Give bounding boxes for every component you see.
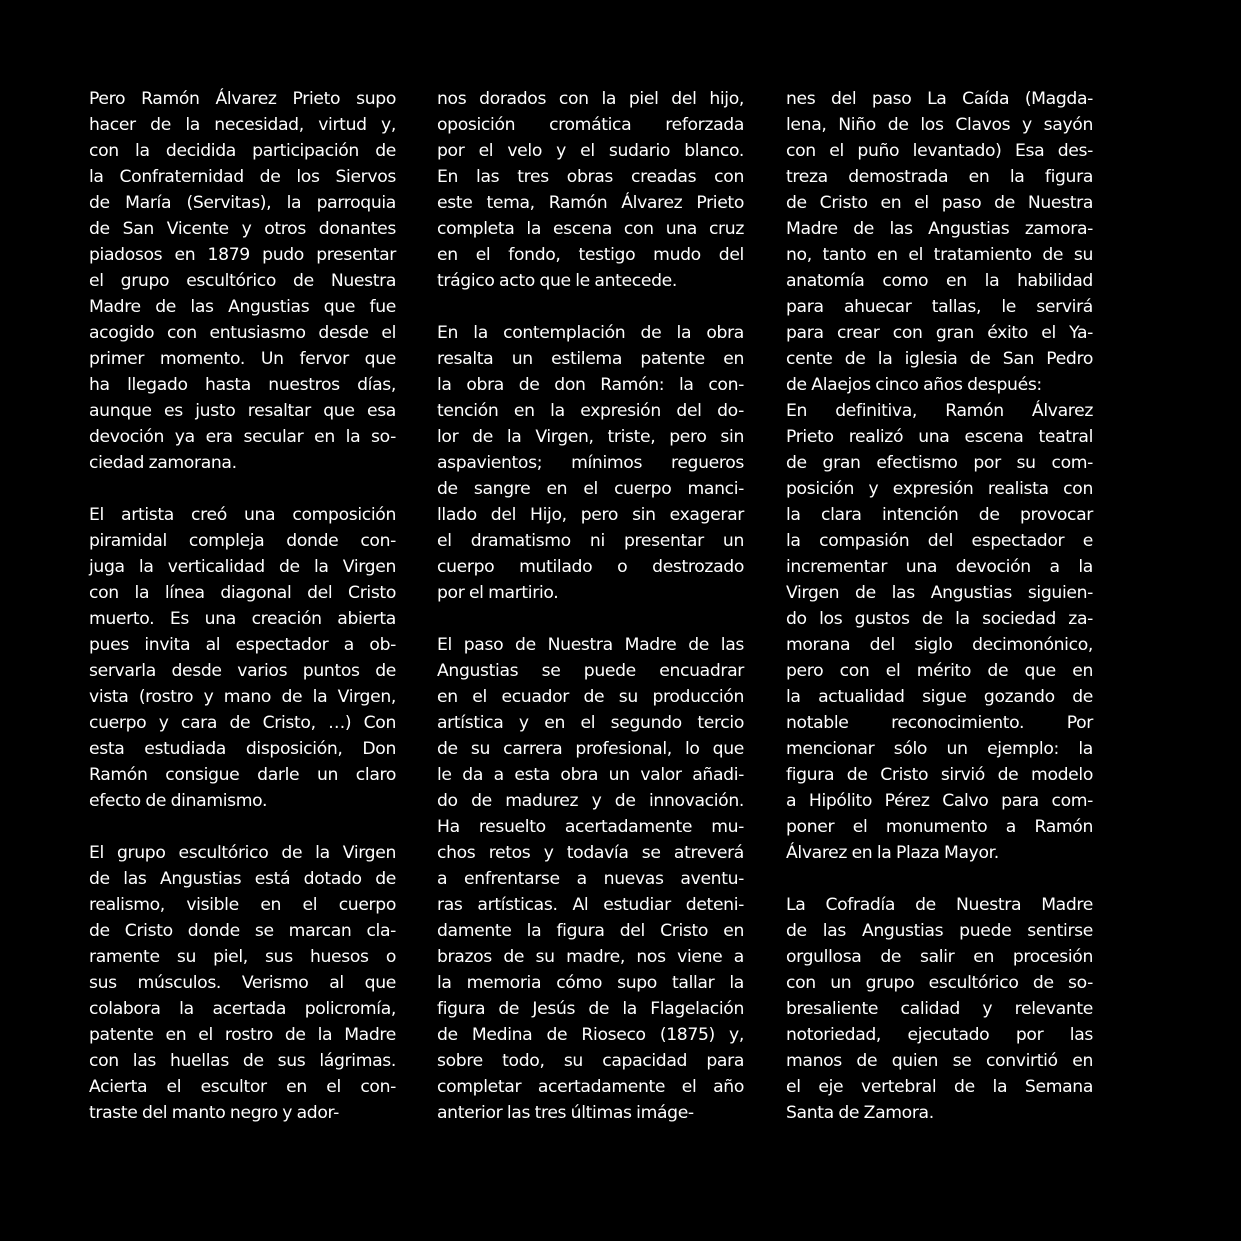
text-line: piadosos en 1879 pudo presentar	[89, 242, 396, 268]
text-line: cuerpo mutilado o destrozado	[437, 554, 744, 580]
text-line: notable reconocimiento. Por	[786, 710, 1093, 736]
paragraph: En la contemplación de la obraresalta un…	[437, 320, 744, 606]
text-line: con el puño levantado) Esa des-	[786, 138, 1093, 164]
text-line: vista (rostro y mano de la Virgen,	[89, 684, 396, 710]
text-line: En las tres obras creadas con	[437, 164, 744, 190]
text-line: damente la figura del Cristo en	[437, 918, 744, 944]
text-line: Ramón consigue darle un claro	[89, 762, 396, 788]
text-line: Álvarez en la Plaza Mayor.	[786, 840, 1093, 866]
text-line: do de madurez y de innovación.	[437, 788, 744, 814]
text-line: piramidal compleja donde con-	[89, 528, 396, 554]
text-line: nes del paso La Caída (Magda-	[786, 86, 1093, 112]
text-line: sobre todo, su capacidad para	[437, 1048, 744, 1074]
text-line: Angustias se puede encuadrar	[437, 658, 744, 684]
text-line: no, tanto en el tratamiento de su	[786, 242, 1093, 268]
text-line: el eje vertebral de la Semana	[786, 1074, 1093, 1100]
text-line: orgullosa de salir en procesión	[786, 944, 1093, 970]
text-line: bresaliente calidad y relevante	[786, 996, 1093, 1022]
text-line: mencionar sólo un ejemplo: la	[786, 736, 1093, 762]
text-line: completar acertadamente el año	[437, 1074, 744, 1100]
text-line: Ha resuelto acertadamente mu-	[437, 814, 744, 840]
paragraph-gap	[437, 606, 744, 632]
text-line: hacer de la necesidad, virtud y,	[89, 112, 396, 138]
text-line: treza demostrada en la figura	[786, 164, 1093, 190]
text-line: El artista creó una composición	[89, 502, 396, 528]
text-line: Acierta el escultor en el con-	[89, 1074, 396, 1100]
paragraph: El paso de Nuestra Madre de lasAngustias…	[437, 632, 744, 1126]
text-line: esta estudiada disposición, Don	[89, 736, 396, 762]
text-line: figura de Jesús de la Flagelación	[437, 996, 744, 1022]
text-line: ciedad zamorana.	[89, 450, 396, 476]
text-line: muerto. Es una creación abierta	[89, 606, 396, 632]
text-line: notoriedad, ejecutado por las	[786, 1022, 1093, 1048]
text-line: primer momento. Un fervor que	[89, 346, 396, 372]
document-page: Pero Ramón Álvarez Prieto supohacer de l…	[0, 0, 1241, 1241]
text-line: realismo, visible en el cuerpo	[89, 892, 396, 918]
text-line: le da a esta obra un valor añadi-	[437, 762, 744, 788]
text-line: cuerpo y cara de Cristo, …) Con	[89, 710, 396, 736]
paragraph: El grupo escultórico de la Virgende las …	[89, 840, 396, 1126]
text-line: posición y expresión realista con	[786, 476, 1093, 502]
text-line: anatomía como en la habilidad	[786, 268, 1093, 294]
text-line: el dramatismo ni presentar un	[437, 528, 744, 554]
text-line: juga la verticalidad de la Virgen	[89, 554, 396, 580]
text-line: con la decidida participación de	[89, 138, 396, 164]
text-line: por el velo y el sudario blanco.	[437, 138, 744, 164]
text-line: de las Angustias puede sentirse	[786, 918, 1093, 944]
text-line: chos retos y todavía se atreverá	[437, 840, 744, 866]
text-line: la actualidad sigue gozando de	[786, 684, 1093, 710]
text-line: de las Angustias está dotado de	[89, 866, 396, 892]
text-line: lena, Niño de los Clavos y sayón	[786, 112, 1093, 138]
text-line: poner el monumento a Ramón	[786, 814, 1093, 840]
text-line: Virgen de las Angustias siguien-	[786, 580, 1093, 606]
text-line: pues invita al espectador a ob-	[89, 632, 396, 658]
text-line: tención en la expresión del do-	[437, 398, 744, 424]
text-column-3: nes del paso La Caída (Magda-lena, Niño …	[786, 86, 1093, 1126]
paragraph-gap	[89, 476, 396, 502]
text-column-1: Pero Ramón Álvarez Prieto supohacer de l…	[89, 86, 396, 1126]
text-line: sus músculos. Verismo al que	[89, 970, 396, 996]
text-line: este tema, Ramón Álvarez Prieto	[437, 190, 744, 216]
text-line: de Alaejos cinco años después:	[786, 372, 1093, 398]
text-line: servarla desde varios puntos de	[89, 658, 396, 684]
text-line: para ahuecar tallas, le servirá	[786, 294, 1093, 320]
text-line: do los gustos de la sociedad za-	[786, 606, 1093, 632]
text-line: acogido con entusiasmo desde el	[89, 320, 396, 346]
text-line: de San Vicente y otros donantes	[89, 216, 396, 242]
text-line: la clara intención de provocar	[786, 502, 1093, 528]
text-line: El paso de Nuestra Madre de las	[437, 632, 744, 658]
text-line: Madre de las Angustias que fue	[89, 294, 396, 320]
text-line: para crear con gran éxito el Ya-	[786, 320, 1093, 346]
text-line: de gran efectismo por su com-	[786, 450, 1093, 476]
text-line: la memoria cómo supo tallar la	[437, 970, 744, 996]
text-line: oposición cromática reforzada	[437, 112, 744, 138]
text-line: a enfrentarse a nuevas aventu-	[437, 866, 744, 892]
text-line: figura de Cristo sirvió de modelo	[786, 762, 1093, 788]
text-line: Prieto realizó una escena teatral	[786, 424, 1093, 450]
text-line: artística y en el segundo tercio	[437, 710, 744, 736]
text-line: colabora la acertada policromía,	[89, 996, 396, 1022]
text-line: devoción ya era secular en la so-	[89, 424, 396, 450]
text-line: la Confraternidad de los Siervos	[89, 164, 396, 190]
text-line: resalta un estilema patente en	[437, 346, 744, 372]
text-line: morana del siglo decimonónico,	[786, 632, 1093, 658]
text-line: de sangre en el cuerpo manci-	[437, 476, 744, 502]
text-line: con las huellas de sus lágrimas.	[89, 1048, 396, 1074]
text-line: En definitiva, Ramón Álvarez	[786, 398, 1093, 424]
text-line: ha llegado hasta nuestros días,	[89, 372, 396, 398]
text-line: trágico acto que le antecede.	[437, 268, 744, 294]
text-line: la obra de don Ramón: la con-	[437, 372, 744, 398]
text-line: en el fondo, testigo mudo del	[437, 242, 744, 268]
text-line: El grupo escultórico de la Virgen	[89, 840, 396, 866]
paragraph-gap	[437, 294, 744, 320]
text-line: aspavientos; mínimos regueros	[437, 450, 744, 476]
paragraph: La Cofradía de Nuestra Madrede las Angus…	[786, 892, 1093, 1126]
text-line: lor de la Virgen, triste, pero sin	[437, 424, 744, 450]
text-line: con la línea diagonal del Cristo	[89, 580, 396, 606]
text-line: en el ecuador de su producción	[437, 684, 744, 710]
text-line: Pero Ramón Álvarez Prieto supo	[89, 86, 396, 112]
text-line: anterior las tres últimas imáge-	[437, 1100, 744, 1126]
text-line: Santa de Zamora.	[786, 1100, 1093, 1126]
text-line: La Cofradía de Nuestra Madre	[786, 892, 1093, 918]
text-line: de María (Servitas), la parroquia	[89, 190, 396, 216]
text-line: ramente su piel, sus huesos o	[89, 944, 396, 970]
text-line: por el martirio.	[437, 580, 744, 606]
paragraph-gap	[89, 814, 396, 840]
paragraph-gap	[786, 866, 1093, 892]
text-line: ras artísticas. Al estudiar deteni-	[437, 892, 744, 918]
text-line: aunque es justo resaltar que esa	[89, 398, 396, 424]
text-line: manos de quien se convirtió en	[786, 1048, 1093, 1074]
paragraph: El artista creó una composiciónpiramidal…	[89, 502, 396, 814]
text-line: traste del manto negro y ador-	[89, 1100, 396, 1126]
paragraph: nos dorados con la piel del hijo,oposici…	[437, 86, 744, 294]
text-line: incrementar una devoción a la	[786, 554, 1093, 580]
text-line: de Cristo donde se marcan cla-	[89, 918, 396, 944]
text-line: de Medina de Rioseco (1875) y,	[437, 1022, 744, 1048]
text-line: cente de la iglesia de San Pedro	[786, 346, 1093, 372]
text-line: patente en el rostro de la Madre	[89, 1022, 396, 1048]
text-line: completa la escena con una cruz	[437, 216, 744, 242]
text-line: efecto de dinamismo.	[89, 788, 396, 814]
paragraph: Pero Ramón Álvarez Prieto supohacer de l…	[89, 86, 396, 476]
text-column-2: nos dorados con la piel del hijo,oposici…	[437, 86, 744, 1126]
text-line: Madre de las Angustias zamora-	[786, 216, 1093, 242]
text-line: con un grupo escultórico de so-	[786, 970, 1093, 996]
text-line: llado del Hijo, pero sin exagerar	[437, 502, 744, 528]
text-line: En la contemplación de la obra	[437, 320, 744, 346]
text-line: la compasión del espectador e	[786, 528, 1093, 554]
text-line: de Cristo en el paso de Nuestra	[786, 190, 1093, 216]
text-line: el grupo escultórico de Nuestra	[89, 268, 396, 294]
text-line: brazos de su madre, nos viene a	[437, 944, 744, 970]
paragraph: nes del paso La Caída (Magda-lena, Niño …	[786, 86, 1093, 866]
text-line: de su carrera profesional, lo que	[437, 736, 744, 762]
text-line: pero con el mérito de que en	[786, 658, 1093, 684]
text-line: nos dorados con la piel del hijo,	[437, 86, 744, 112]
text-line: a Hipólito Pérez Calvo para com-	[786, 788, 1093, 814]
